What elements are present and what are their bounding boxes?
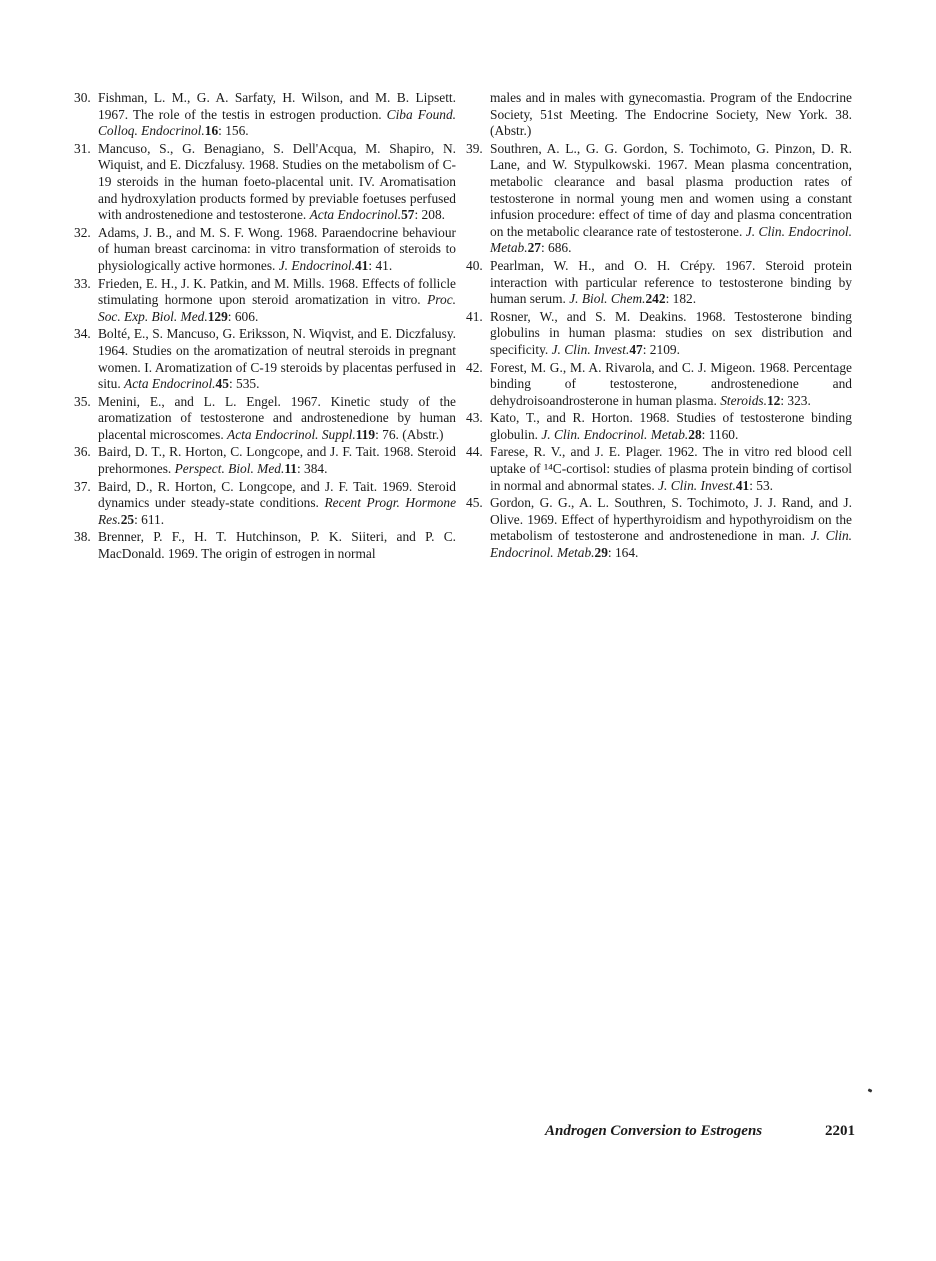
reference-item: 30.Fishman, L. M., G. A. Sarfaty, H. Wil… <box>74 90 456 140</box>
reference-item: 36.Baird, D. T., R. Horton, C. Longcope,… <box>74 444 456 477</box>
reference-number: 31. <box>74 141 95 158</box>
journal-name: J. Clin. Invest. <box>658 478 736 493</box>
reference-item: 40.Pearlman, W. H., and O. H. Crépy. 196… <box>466 258 852 308</box>
page-range: : 2109. <box>643 342 680 357</box>
reference-number: 33. <box>74 276 95 293</box>
journal-name: Perspect. Biol. Med. <box>175 461 285 476</box>
reference-item: 33.Frieden, E. H., J. K. Patkin, and M. … <box>74 276 456 326</box>
page-range: : 611. <box>134 512 164 527</box>
journal-name: Acta Endocrinol. <box>124 376 216 391</box>
page-range: : 606. <box>228 309 259 324</box>
reference-number: 45. <box>466 495 487 512</box>
reference-continuation: males and in males with gynecomastia. Pr… <box>466 90 852 140</box>
page-range: : 323. <box>780 393 811 408</box>
reference-item: 42.Forest, M. G., M. A. Rivarola, and C.… <box>466 360 852 410</box>
volume-number: 27 <box>528 240 541 255</box>
page-range: : 384. <box>297 461 328 476</box>
volume-number: 129 <box>208 309 228 324</box>
reference-number: 32. <box>74 225 95 242</box>
reference-number: 38. <box>74 529 95 546</box>
reference-number: 36. <box>74 444 95 461</box>
reference-item: 32.Adams, J. B., and M. S. F. Wong. 1968… <box>74 225 456 275</box>
reference-number: 37. <box>74 479 95 496</box>
reference-text: Brenner, P. F., H. T. Hutchinson, P. K. … <box>98 529 456 561</box>
reference-number: 42. <box>466 360 487 377</box>
reference-text: Frieden, E. H., J. K. Patkin, and M. Mil… <box>98 276 456 308</box>
page-range: : 535. <box>229 376 260 391</box>
volume-number: 25 <box>121 512 134 527</box>
volume-number: 41 <box>736 478 749 493</box>
reference-text: Adams, J. B., and M. S. F. Wong. 1968. P… <box>98 225 456 273</box>
reference-number: 34. <box>74 326 95 343</box>
reference-item: 37.Baird, D., R. Horton, C. Longcope, an… <box>74 479 456 529</box>
journal-name: J. Endocrinol. <box>279 258 355 273</box>
page-number: 2201 <box>825 1123 855 1140</box>
reference-item: 44.Farese, R. V., and J. E. Plager. 1962… <box>466 444 852 494</box>
right-column: males and in males with gynecomastia. Pr… <box>466 90 852 563</box>
page-range: : 686. <box>541 240 572 255</box>
reference-number: 35. <box>74 394 95 411</box>
volume-number: 242 <box>645 291 665 306</box>
page-range: : 1160. <box>702 427 739 442</box>
volume-number: 45 <box>216 376 229 391</box>
reference-number: 30. <box>74 90 95 107</box>
volume-number: 12 <box>767 393 780 408</box>
reference-item: 45.Gordon, G. G., A. L. Southren, S. Toc… <box>466 495 852 561</box>
reference-item: 43.Kato, T., and R. Horton. 1968. Studie… <box>466 410 852 443</box>
reference-item: 31.Mancuso, S., G. Benagiano, S. Dell'Ac… <box>74 141 456 224</box>
volume-number: 57 <box>401 207 414 222</box>
journal-name: J. Clin. Invest. <box>552 342 630 357</box>
reference-item: 38.Brenner, P. F., H. T. Hutchinson, P. … <box>74 529 456 562</box>
journal-name: J. Biol. Chem. <box>569 291 645 306</box>
journal-name: J. Clin. Endocrinol. Metab. <box>541 427 688 442</box>
page-range: : 208. <box>414 207 445 222</box>
volume-number: 28 <box>688 427 701 442</box>
volume-number: 11 <box>284 461 297 476</box>
page-range: : 182. <box>666 291 697 306</box>
left-column: 30.Fishman, L. M., G. A. Sarfaty, H. Wil… <box>74 90 456 564</box>
page-range: : 76. (Abstr.) <box>375 427 443 442</box>
volume-number: 29 <box>595 545 608 560</box>
scan-speck <box>868 1088 873 1092</box>
reference-item: 39.Southren, A. L., G. G. Gordon, S. Toc… <box>466 141 852 257</box>
reference-number: 43. <box>466 410 487 427</box>
reference-number: 44. <box>466 444 487 461</box>
journal-name: Acta Endocrinol. <box>310 207 402 222</box>
page-footer: Androgen Conversion to Estrogens 2201 <box>545 1123 855 1140</box>
running-title: Androgen Conversion to Estrogens <box>545 1123 762 1140</box>
reference-item: 34.Bolté, E., S. Mancuso, G. Eriksson, N… <box>74 326 456 392</box>
page-range: : 53. <box>749 478 773 493</box>
reference-number: 40. <box>466 258 487 275</box>
journal-name: Steroids. <box>720 393 767 408</box>
reference-text: Gordon, G. G., A. L. Southren, S. Tochim… <box>490 495 852 543</box>
reference-item: 35.Menini, E., and L. L. Engel. 1967. Ki… <box>74 394 456 444</box>
reference-number: 41. <box>466 309 487 326</box>
page-range: : 156. <box>218 123 249 138</box>
journal-name: Acta Endocrinol. Suppl. <box>227 427 356 442</box>
page-range: : 41. <box>368 258 392 273</box>
page-range: : 164. <box>608 545 639 560</box>
volume-number: 41 <box>355 258 368 273</box>
volume-number: 16 <box>205 123 218 138</box>
volume-number: 119 <box>356 427 375 442</box>
volume-number: 47 <box>629 342 642 357</box>
reference-item: 41.Rosner, W., and S. M. Deakins. 1968. … <box>466 309 852 359</box>
reference-number: 39. <box>466 141 487 158</box>
